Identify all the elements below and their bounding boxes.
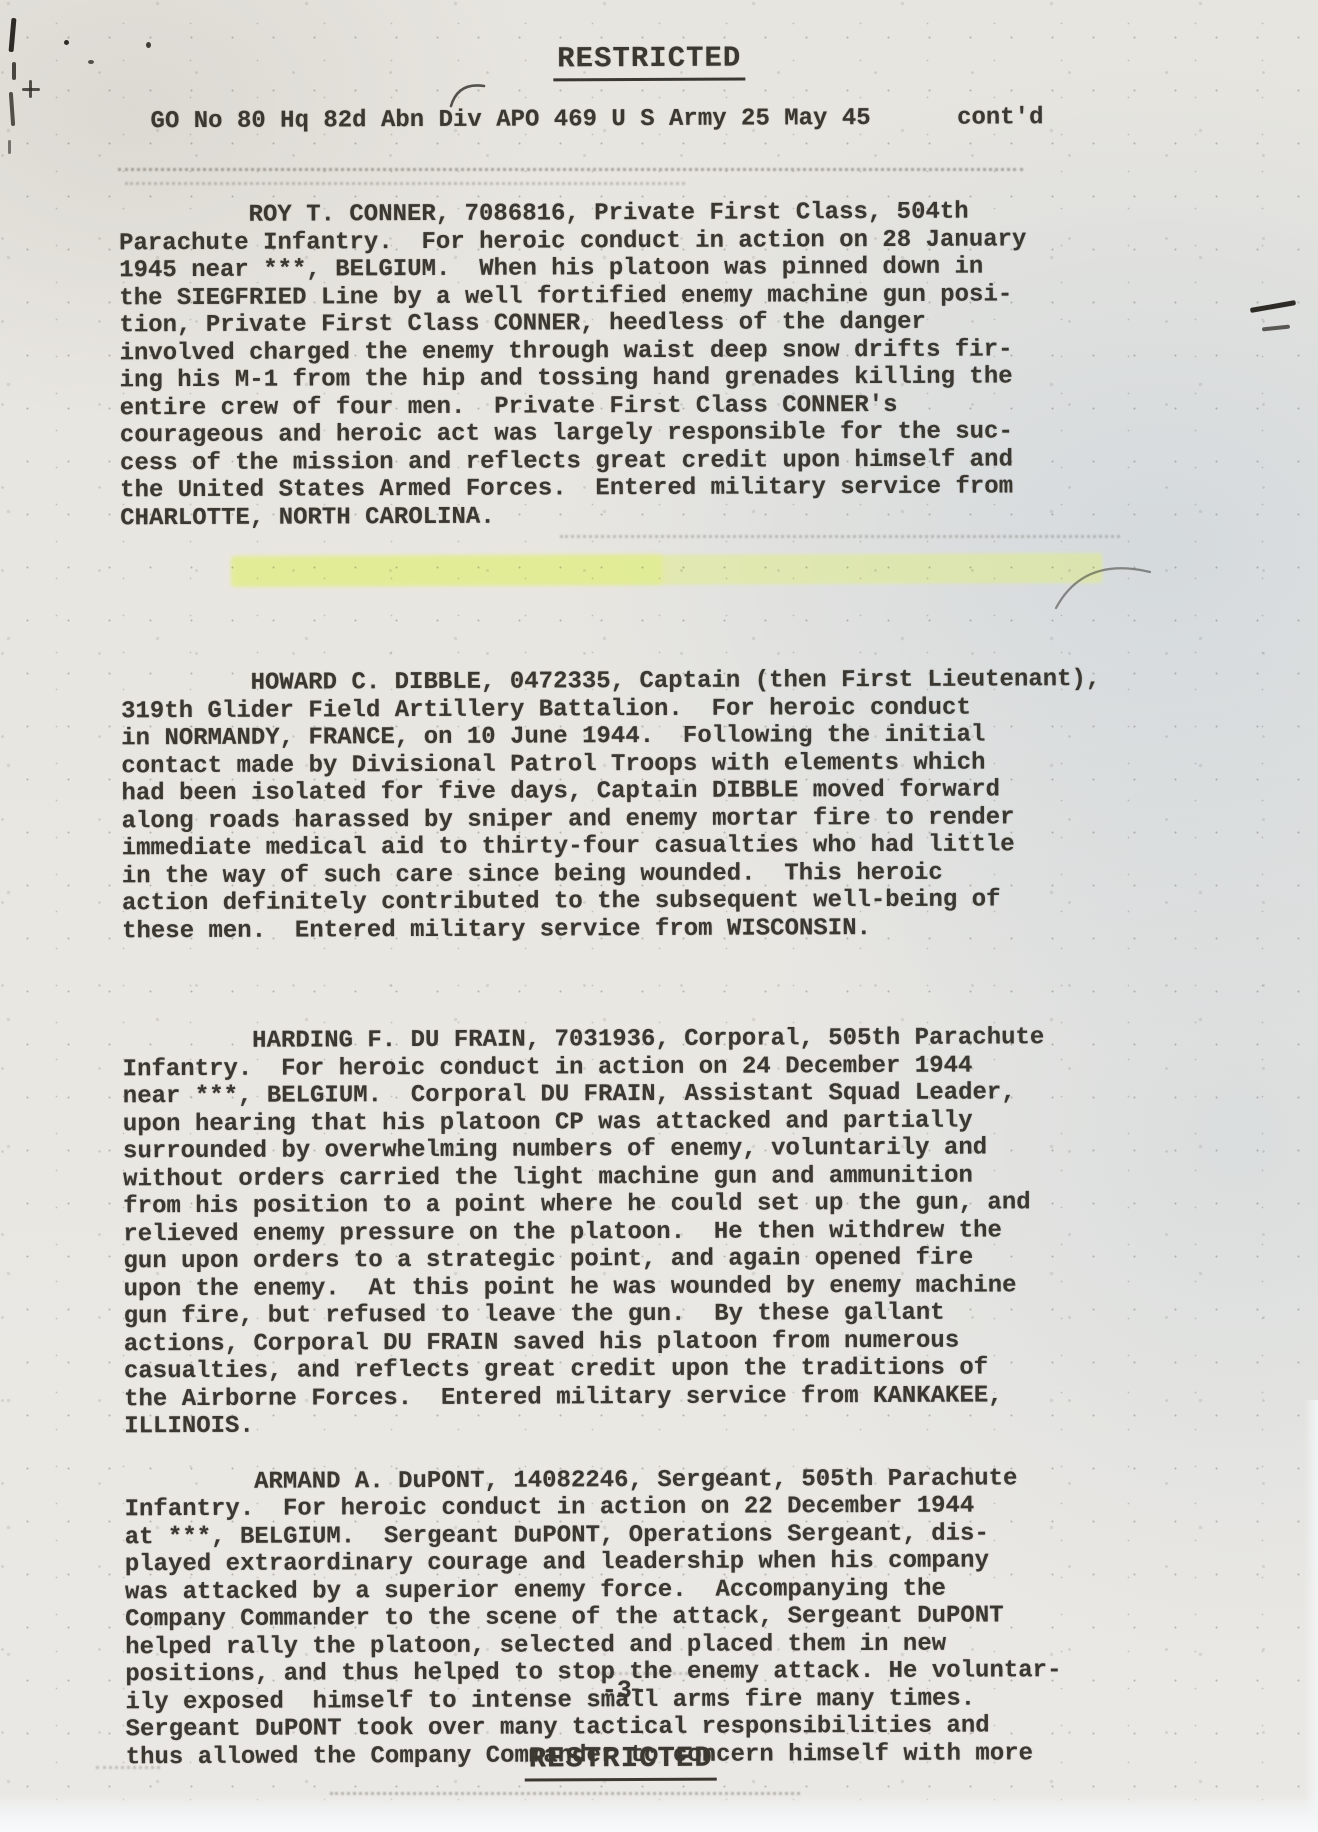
citation-paragraph-dibble: HOWARD C. DIBBLE, 0472335, Captain (then… (120, 556, 1101, 1000)
citation-paragraph-dupont: ARMAND A. DuPONT, 14082246, Sergeant, 50… (124, 1464, 1105, 1771)
scan-edge-right (1304, 1400, 1318, 1832)
citation-paragraph-conner: ROY T. CONNER, 7086816, Private First Cl… (119, 198, 1100, 532)
highlight-mark-strong (232, 554, 662, 587)
classification-footer: RESTRICTED (525, 1742, 717, 1782)
general-order-header-line: GO No 80 Hq 82d Abn Div APO 469 U S Army… (150, 104, 1043, 135)
page-number: -3- (0, 1673, 1283, 1708)
typed-content: RESTRICTED GO No 80 Hq 82d Abn Div APO 4… (0, 0, 1318, 1832)
citation-paragraph-du-frain: HARDING F. DU FRAIN, 7031936, Corporal, … (122, 1024, 1103, 1441)
citation-paragraph-dibble-text: HOWARD C. DIBBLE, 0472335, Captain (then… (121, 666, 1102, 945)
classification-header: RESTRICTED (553, 42, 745, 82)
scanned-document-page: RESTRICTED GO No 80 Hq 82d Abn Div APO 4… (0, 0, 1318, 1832)
citations-body: ROY T. CONNER, 7086816, Private First Cl… (119, 198, 1105, 1799)
classification-footer-row: RESTRICTED (0, 1739, 1280, 1784)
classification-header-row: RESTRICTED (0, 39, 1308, 84)
scan-edge-bottom (0, 1794, 1318, 1832)
